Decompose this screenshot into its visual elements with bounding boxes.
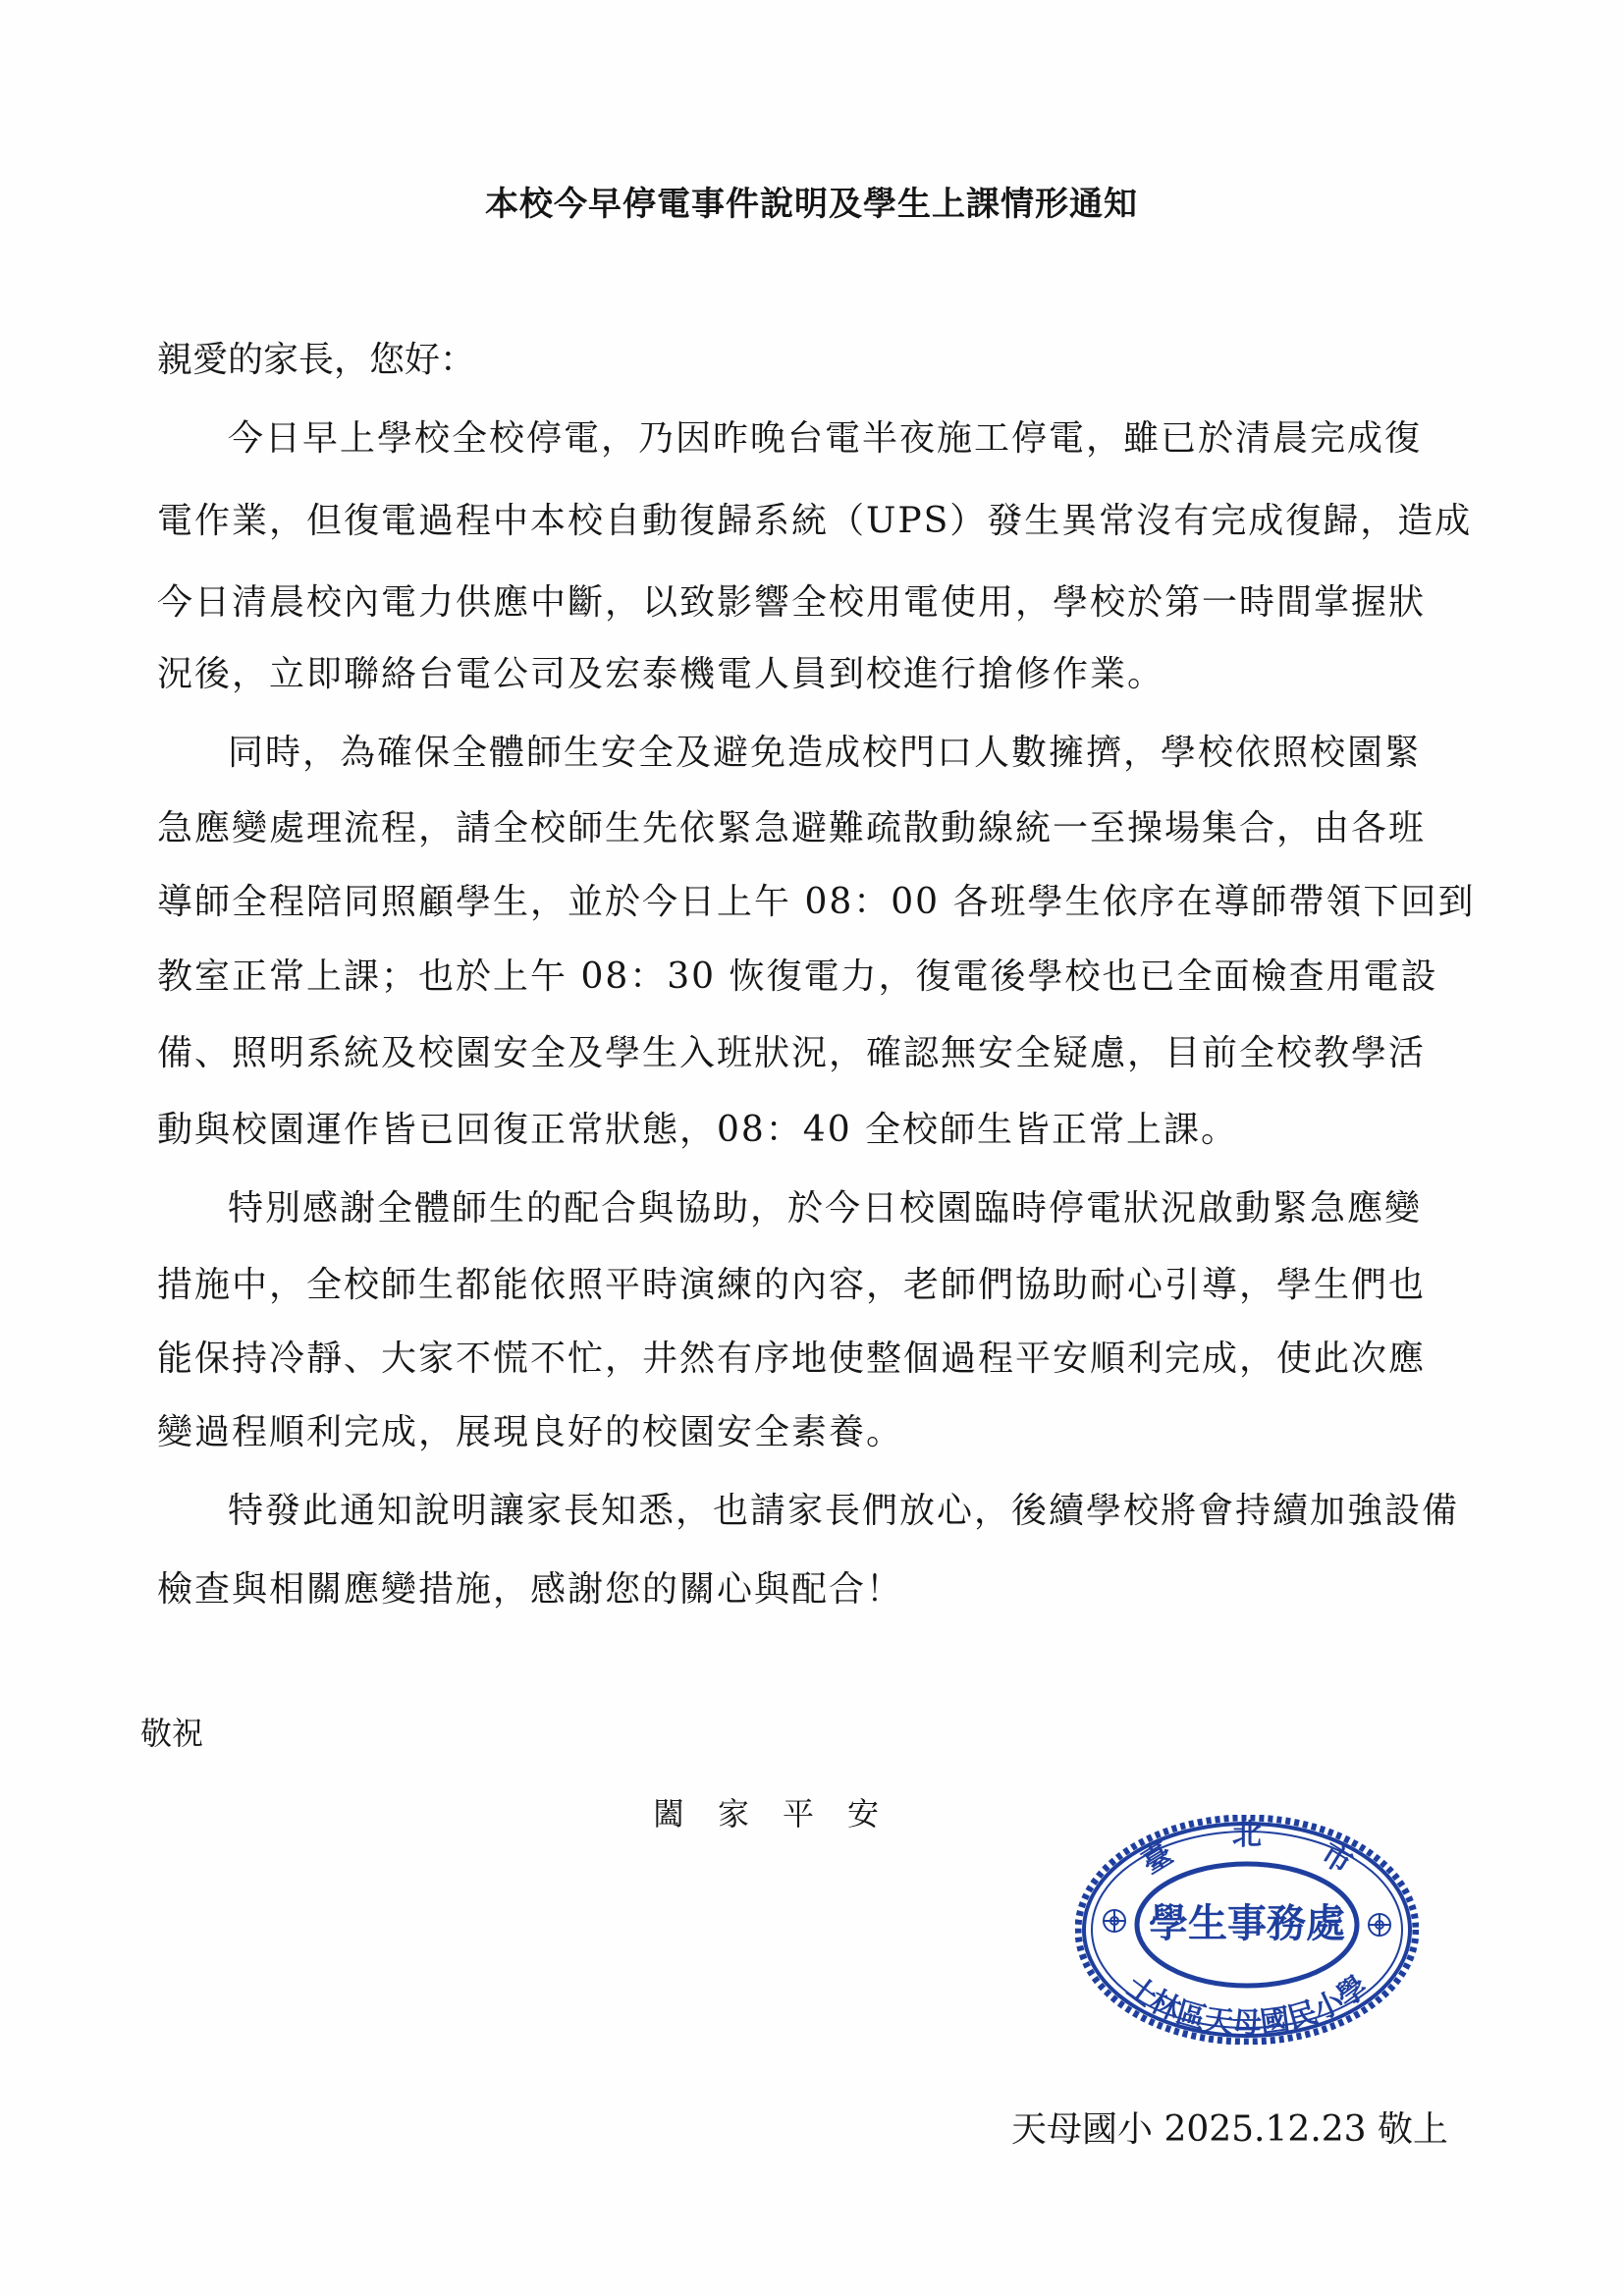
closing-phrase: 敬祝 — [140, 1709, 203, 1754]
signature-line: 天母國小 2025.12.23 敬上 — [1011, 2102, 1448, 2152]
paragraph-line: 特別感謝全體師生的配合與協助，於今日校園臨時停電狀況啟動緊急應變 — [228, 1180, 1473, 1230]
paragraph-line: 況後，立即聯絡台電公司及宏泰機電人員到校進行搶修作業。 — [157, 646, 1473, 696]
paragraph-line: 電作業，但復電過程中本校自動復歸系統（UPS）發生異常沒有完成復歸，造成 — [157, 493, 1473, 543]
salutation: 親愛的家長，您好： — [157, 332, 475, 382]
svg-text:士林區天母國民小學: 士林區天母國民小學 — [1119, 1969, 1375, 2041]
paragraph-line: 能保持冷靜、大家不慌不忙，井然有序地使整個過程平安順利完成，使此次應 — [157, 1331, 1473, 1381]
paragraph-line: 導師全程陪同照顧學生，並於今日上午 08：00 各班學生依序在導師帶領下回到 — [157, 874, 1473, 924]
seal-bottom-text: 士林區天母國民小學 — [1119, 1969, 1375, 2041]
official-seal: 臺 北 市 學生事務處 士林區天母國民小學 — [1075, 1815, 1419, 2045]
paragraph-line: 動與校園運作皆已回復正常狀態，08：40 全校師生皆正常上課。 — [157, 1102, 1473, 1152]
paragraph-line: 教室正常上課；也於上午 08：30 恢復電力，復電後學校也已全面檢查用電設 — [157, 949, 1473, 999]
paragraph-line: 同時，為確保全體師生安全及避免造成校門口人數擁擠，學校依照校園緊 — [228, 725, 1473, 775]
paragraph-line: 今日清晨校內電力供應中斷，以致影響全校用電使用，學校於第一時間掌握狀 — [157, 574, 1473, 625]
document-page: 本校今早停電事件說明及學生上課情形通知 親愛的家長，您好： 今日早上學校全校停電… — [0, 0, 1623, 2296]
paragraph-line: 檢查與相關應變措施，感謝您的關心與配合！ — [157, 1561, 1473, 1612]
paragraph-line: 特發此通知說明讓家長知悉，也請家長們放心，後續學校將會持續加強設備 — [228, 1483, 1473, 1533]
paragraph-line: 急應變處理流程，請全校師生先依緊急避難疏散動線統一至操場集合，由各班 — [157, 800, 1473, 850]
plum-blossom-left-icon — [1104, 1910, 1125, 1932]
paragraph-line: 今日早上學校全校停電，乃因昨晚台電半夜施工停電，雖已於清晨完成復 — [228, 410, 1473, 461]
plum-blossom-right-icon — [1369, 1914, 1390, 1936]
seal-center-text: 學生事務處 — [1149, 1900, 1345, 1946]
document-title: 本校今早停電事件說明及學生上課情形通知 — [0, 177, 1623, 225]
paragraph-line: 措施中，全校師生都能依照平時演練的內容，老師們協助耐心引導，學生們也 — [157, 1257, 1473, 1307]
blessing-phrase: 闔家平安 — [653, 1789, 912, 1834]
paragraph-line: 變過程順利完成，展現良好的校園安全素養。 — [157, 1404, 1473, 1454]
seal-icon: 臺 北 市 學生事務處 士林區天母國民小學 — [1075, 1815, 1419, 2045]
paragraph-line: 備、照明系統及校園安全及學生入班狀況，確認無安全疑慮，目前全校教學活 — [157, 1025, 1473, 1075]
